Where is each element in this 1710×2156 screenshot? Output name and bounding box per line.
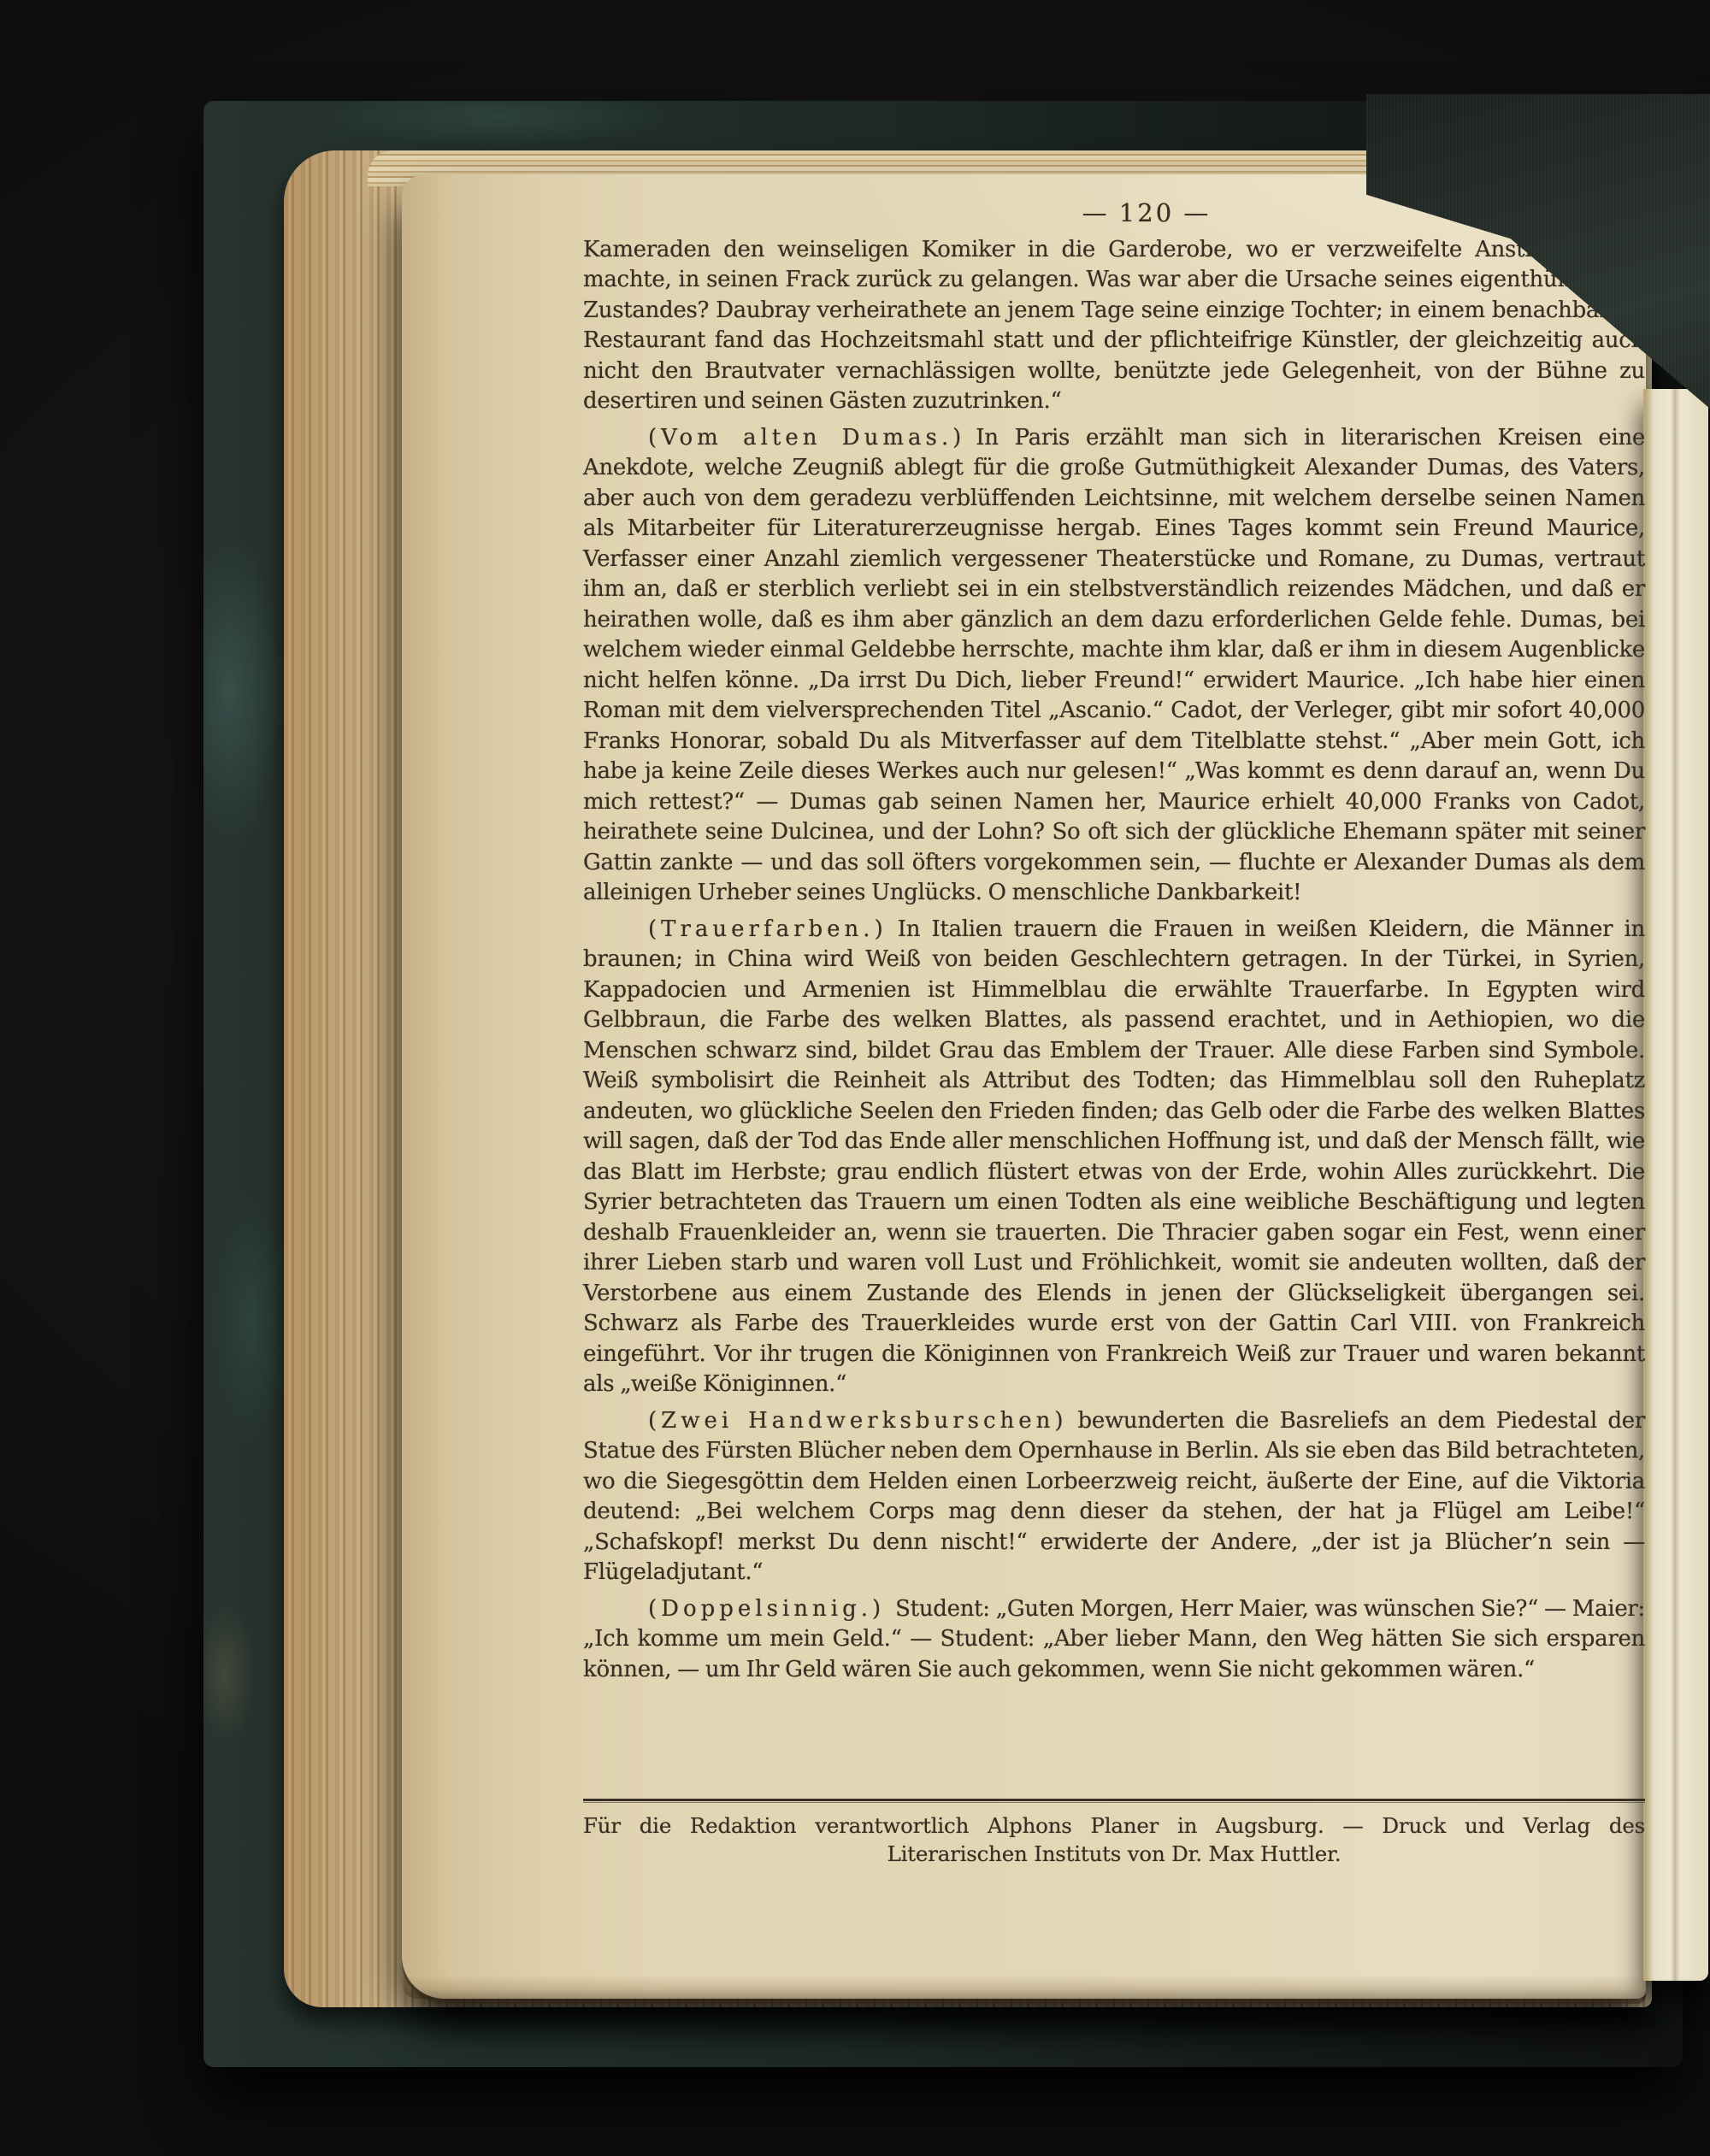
paragraph-body: Kameraden den weinseligen Komiker in die… bbox=[583, 237, 1645, 415]
paragraph-vom-alten-dumas: (Vom alten Dumas.)In Paris erzählt man s… bbox=[583, 423, 1645, 909]
paragraph-zwei-handwerksburschen: (Zwei Handwerksburschen)bewunderten die … bbox=[583, 1406, 1645, 1588]
footer-rule bbox=[583, 1799, 1645, 1804]
footer-line-1: Für die Redaktion verantwortlich Alphons… bbox=[583, 1811, 1645, 1840]
footer-line-2: Literarischen Instituts von Dr. Max Hutt… bbox=[583, 1840, 1645, 1868]
paragraph-body: In Paris erzählt man sich in literarisch… bbox=[583, 425, 1645, 906]
paragraph-trauerfarben: (Trauerfarben.)In Italien trauern die Fr… bbox=[583, 915, 1645, 1400]
paragraph-head: (Trauerfarben.) bbox=[648, 916, 898, 942]
paragraph-body: In Italien trauern die Frauen in weißen … bbox=[583, 916, 1645, 1398]
paragraph-head: (Doppelsinnig.) bbox=[648, 1596, 895, 1622]
paragraph-head: (Vom alten Dumas.) bbox=[648, 425, 976, 451]
photo-background: — 120 — Kameraden den weinseligen Komike… bbox=[0, 0, 1710, 2156]
paragraph-head: (Zwei Handwerksburschen) bbox=[648, 1408, 1078, 1434]
paragraph-body: bewunderten die Basreliefs an dem Piedes… bbox=[583, 1408, 1645, 1586]
next-page-edge bbox=[1643, 389, 1708, 1981]
paragraph-doppelsinnig: (Doppelsinnig.)Student: „Guten Morgen, H… bbox=[583, 1594, 1645, 1686]
imprint-footer: Für die Redaktion verantwortlich Alphons… bbox=[583, 1799, 1645, 1868]
paragraph-kameraden-continuation: Kameraden den weinseligen Komiker in die… bbox=[583, 235, 1645, 417]
printed-text-block: — 120 — Kameraden den weinseligen Komike… bbox=[583, 198, 1645, 1685]
